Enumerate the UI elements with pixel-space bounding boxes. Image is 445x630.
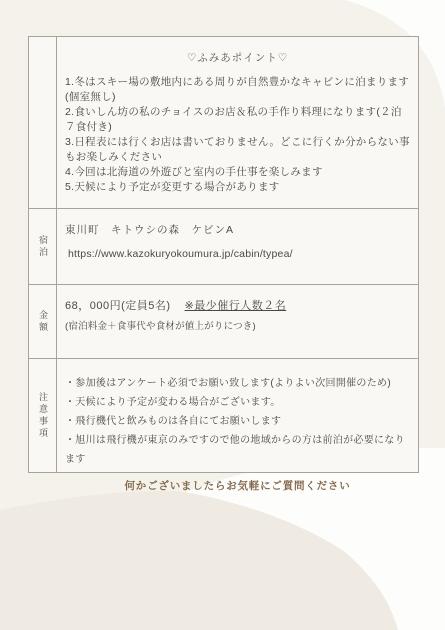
points-item: 4.今回は北海道の外遊びと室内の手仕事を楽しみます <box>65 165 410 180</box>
points-item: 1.冬はスキー場の敷地内にある周りが自然豊かなキャビンに泊まります(個室無し) <box>65 75 410 105</box>
info-table: ♡ふみあポイント♡ 1.冬はスキー場の敷地内にある周りが自然豊かなキャビンに泊ま… <box>28 36 419 473</box>
table-row-cautions: 注意事項 ・参加後はアンケート必須でお願い致します(よりよい次回開催のため) ・… <box>29 358 418 472</box>
price-content: 68，000円(定員5名)※最少催行人数２名 (宿泊料金＋食事代や食材が値上がり… <box>57 285 418 358</box>
points-item: 3.日程表には行くお店は書いておりません。どこに行くか分からない事もお楽しみくだ… <box>65 135 410 165</box>
price-amount: 68，000円(定員5名) <box>65 300 171 312</box>
stay-content: 東川町 キトウシの森 ケビンA https://www.kazokuryokou… <box>57 209 418 284</box>
points-title: ♡ふみあポイント♡ <box>65 50 410 65</box>
caution-item: ・天候により予定が変わる場合がございます。 <box>65 393 410 412</box>
caution-item: ・飛行機代と飲みものは各自にてお願いします <box>65 412 410 431</box>
stay-url-link[interactable]: https://www.kazokuryokoumura.jp/cabin/ty… <box>65 248 293 260</box>
cautions-label: 注意事項 <box>38 392 47 440</box>
stay-name: 東川町 キトウシの森 ケビンA <box>65 222 410 237</box>
price-line: 68，000円(定員5名)※最少催行人数２名 <box>65 297 410 313</box>
table-row-price: 金額 68，000円(定員5名)※最少催行人数２名 (宿泊料金＋食事代や食材が値… <box>29 284 418 358</box>
caution-item: ・旭川は飛行機が東京のみですので他の地域からの方は前泊が必要になります <box>65 431 410 469</box>
price-label-cell: 金額 <box>29 285 57 358</box>
points-list: 1.冬はスキー場の敷地内にある周りが自然豊かなキャビンに泊まります(個室無し) … <box>65 75 410 195</box>
price-subnote: (宿泊料金＋食事代や食材が値上がりにつき) <box>65 318 410 332</box>
price-minimum-note: ※最少催行人数２名 <box>185 300 287 312</box>
cautions-label-cell: 注意事項 <box>29 359 57 472</box>
stay-label: 宿泊 <box>38 235 47 259</box>
stay-label-cell: 宿泊 <box>29 209 57 284</box>
footer-message: 何かございましたらお気軽にご質問ください <box>65 478 410 493</box>
cautions-content: ・参加後はアンケート必須でお願い致します(よりよい次回開催のため) ・天候により… <box>57 359 418 472</box>
points-content: ♡ふみあポイント♡ 1.冬はスキー場の敷地内にある周りが自然豊かなキャビンに泊ま… <box>57 37 418 208</box>
points-item: 5.天候により予定が変更する場合があります <box>65 180 410 195</box>
points-item: 2.食いしん坊の私のチョイスのお店＆私の手作り料理になります(２泊７食付き) <box>65 105 410 135</box>
table-row-stay: 宿泊 東川町 キトウシの森 ケビンA https://www.kazokuryo… <box>29 208 418 284</box>
cautions-list: ・参加後はアンケート必須でお願い致します(よりよい次回開催のため) ・天候により… <box>65 374 410 469</box>
price-label: 金額 <box>38 310 47 334</box>
caution-item: ・参加後はアンケート必須でお願い致します(よりよい次回開催のため) <box>65 374 410 393</box>
points-label-cell <box>29 37 57 208</box>
table-row-points: ♡ふみあポイント♡ 1.冬はスキー場の敷地内にある周りが自然豊かなキャビンに泊ま… <box>29 37 418 208</box>
